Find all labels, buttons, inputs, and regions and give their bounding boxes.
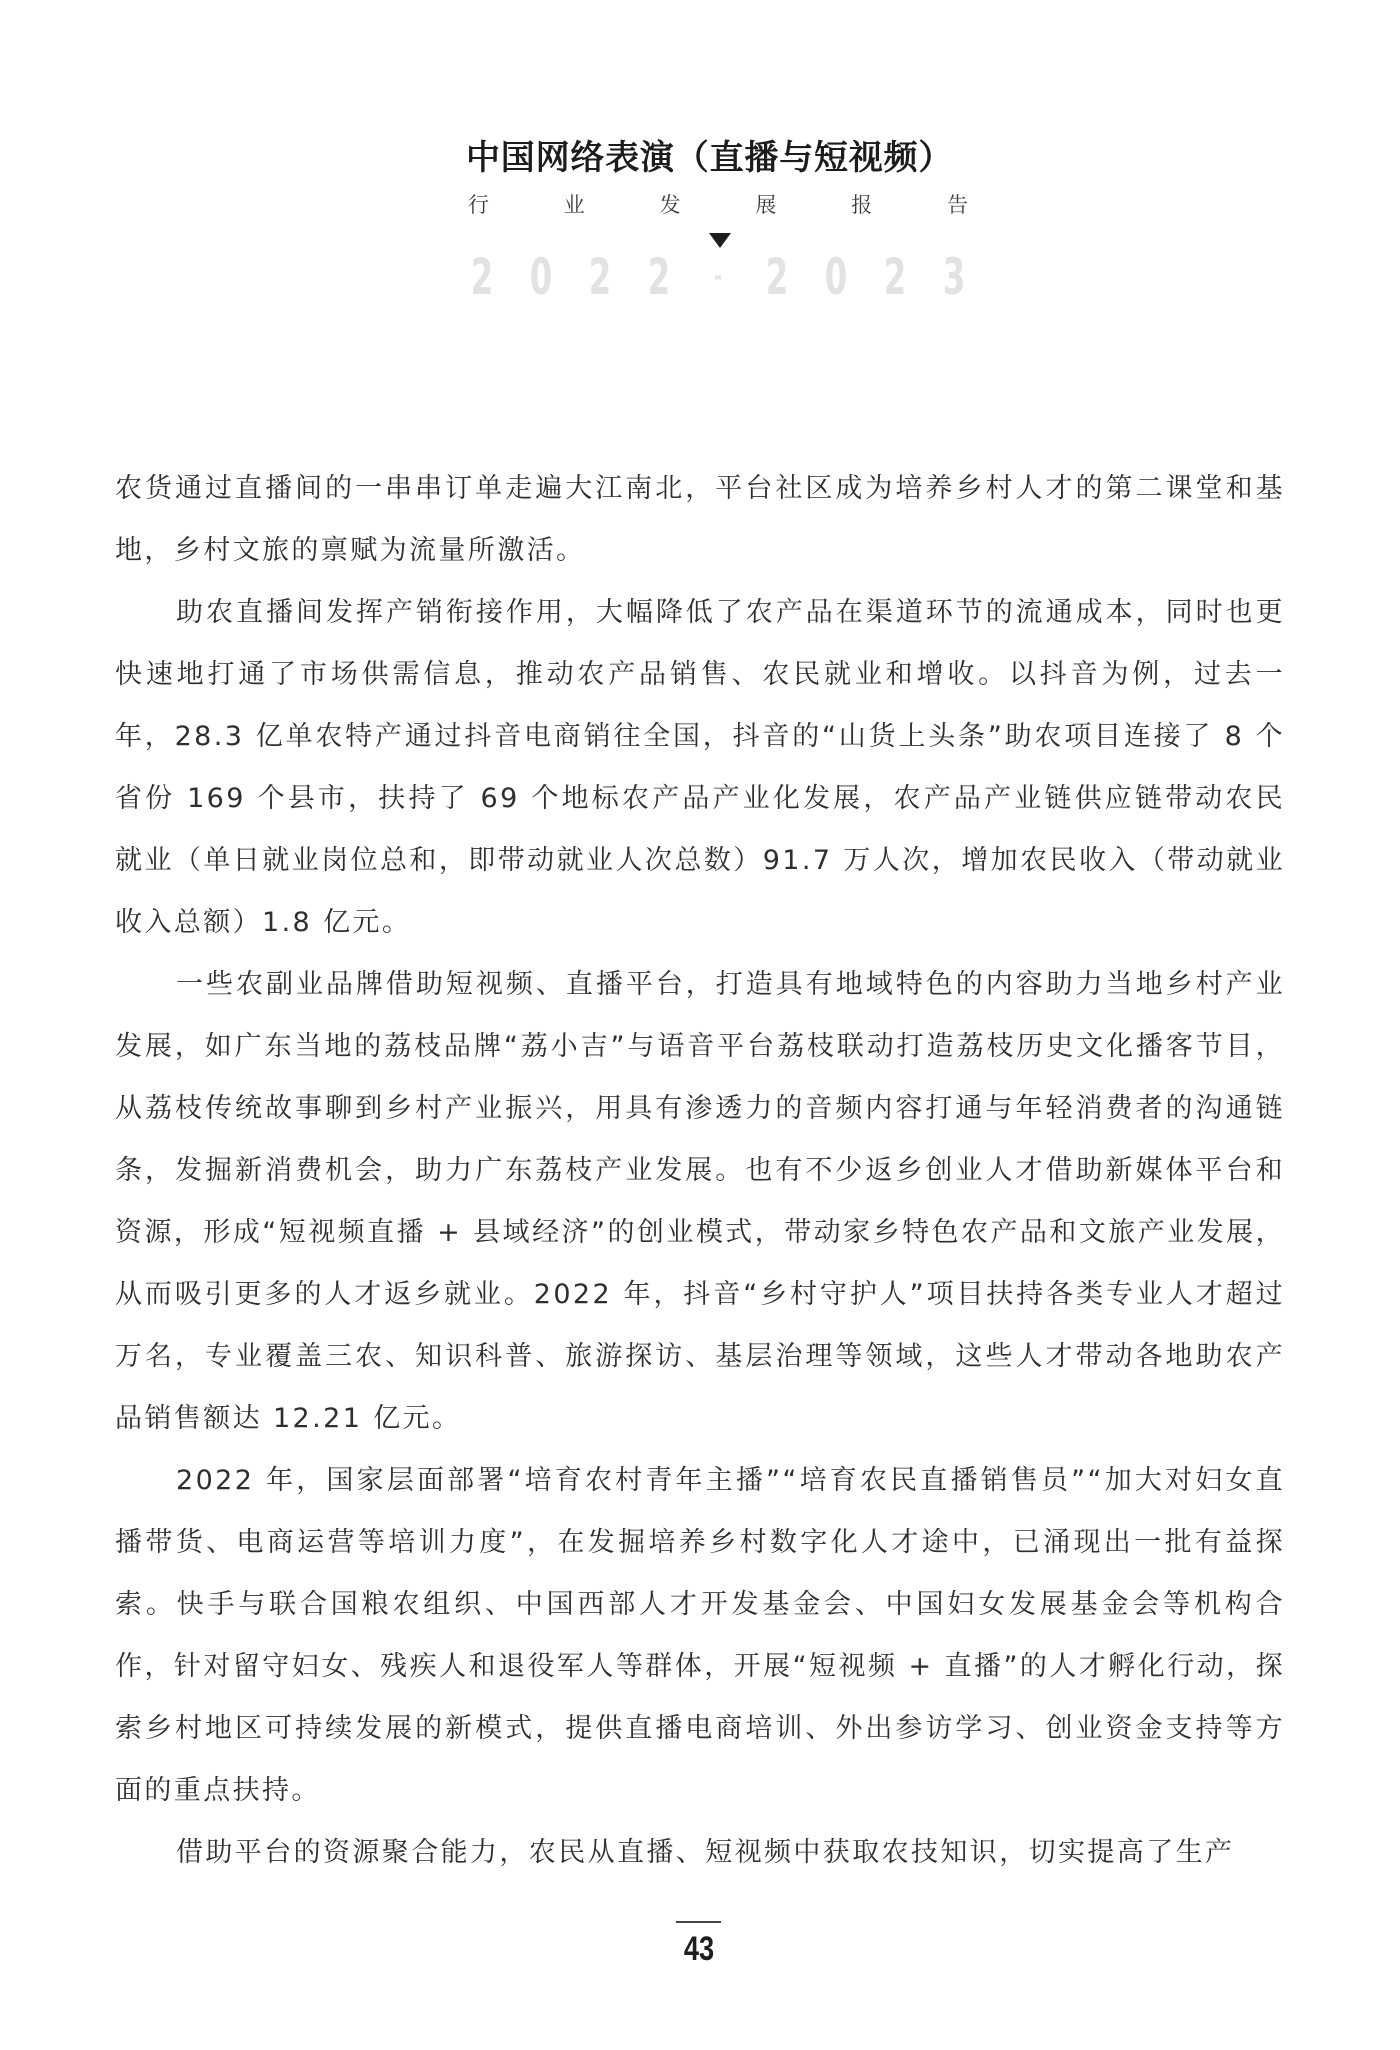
subtitle-char: 报: [851, 190, 872, 220]
paragraph: 2022 年，国家层面部署“培育农村青年主播”“培育农民直播销售员”“加大对妇女…: [115, 1450, 1285, 1822]
page-number-rule: [676, 1921, 721, 1923]
year-digit: 2: [470, 250, 493, 304]
paragraph: 农货通过直播间的一串串订单走遍大江南北，平台社区成为培养乡村人才的第二课堂和基地…: [115, 458, 1285, 582]
year-digit: 2: [588, 250, 611, 304]
subtitle-char: 告: [947, 190, 968, 220]
page-number: 43: [668, 1931, 730, 1967]
down-triangle-icon: [709, 233, 731, 248]
subtitle-char: 行: [468, 190, 489, 220]
report-title: 中国网络表演（直播与短视频）: [466, 136, 976, 180]
year-digit: 0: [529, 250, 552, 304]
subtitle-char: 业: [564, 190, 585, 220]
year-digit: 2: [765, 250, 788, 304]
report-subtitle: 行 业 发 展 报 告: [468, 190, 968, 220]
year-dash: -: [706, 250, 729, 304]
paragraph: 一些农副业品牌借助短视频、直播平台，打造具有地域特色的内容助力当地乡村产业发展，…: [115, 954, 1285, 1450]
year-digit: 3: [942, 250, 965, 304]
subtitle-char: 发: [660, 190, 681, 220]
paragraph: 借助平台的资源聚合能力，农民从直播、短视频中获取农技知识，切实提高了生产: [115, 1822, 1285, 1884]
paragraph: 助农直播间发挥产销衔接作用，大幅降低了农产品在渠道环节的流通成本，同时也更快速地…: [115, 582, 1285, 954]
year-digit: 2: [647, 250, 670, 304]
year-digit: 2: [883, 250, 906, 304]
body-text: 农货通过直播间的一串串订单走遍大江南北，平台社区成为培养乡村人才的第二课堂和基地…: [115, 458, 1285, 1884]
year-range: 2 0 2 2 - 2 0 2 3: [466, 250, 970, 304]
subtitle-char: 展: [755, 190, 776, 220]
year-digit: 0: [824, 250, 847, 304]
page-footer: 43: [660, 1912, 740, 1972]
